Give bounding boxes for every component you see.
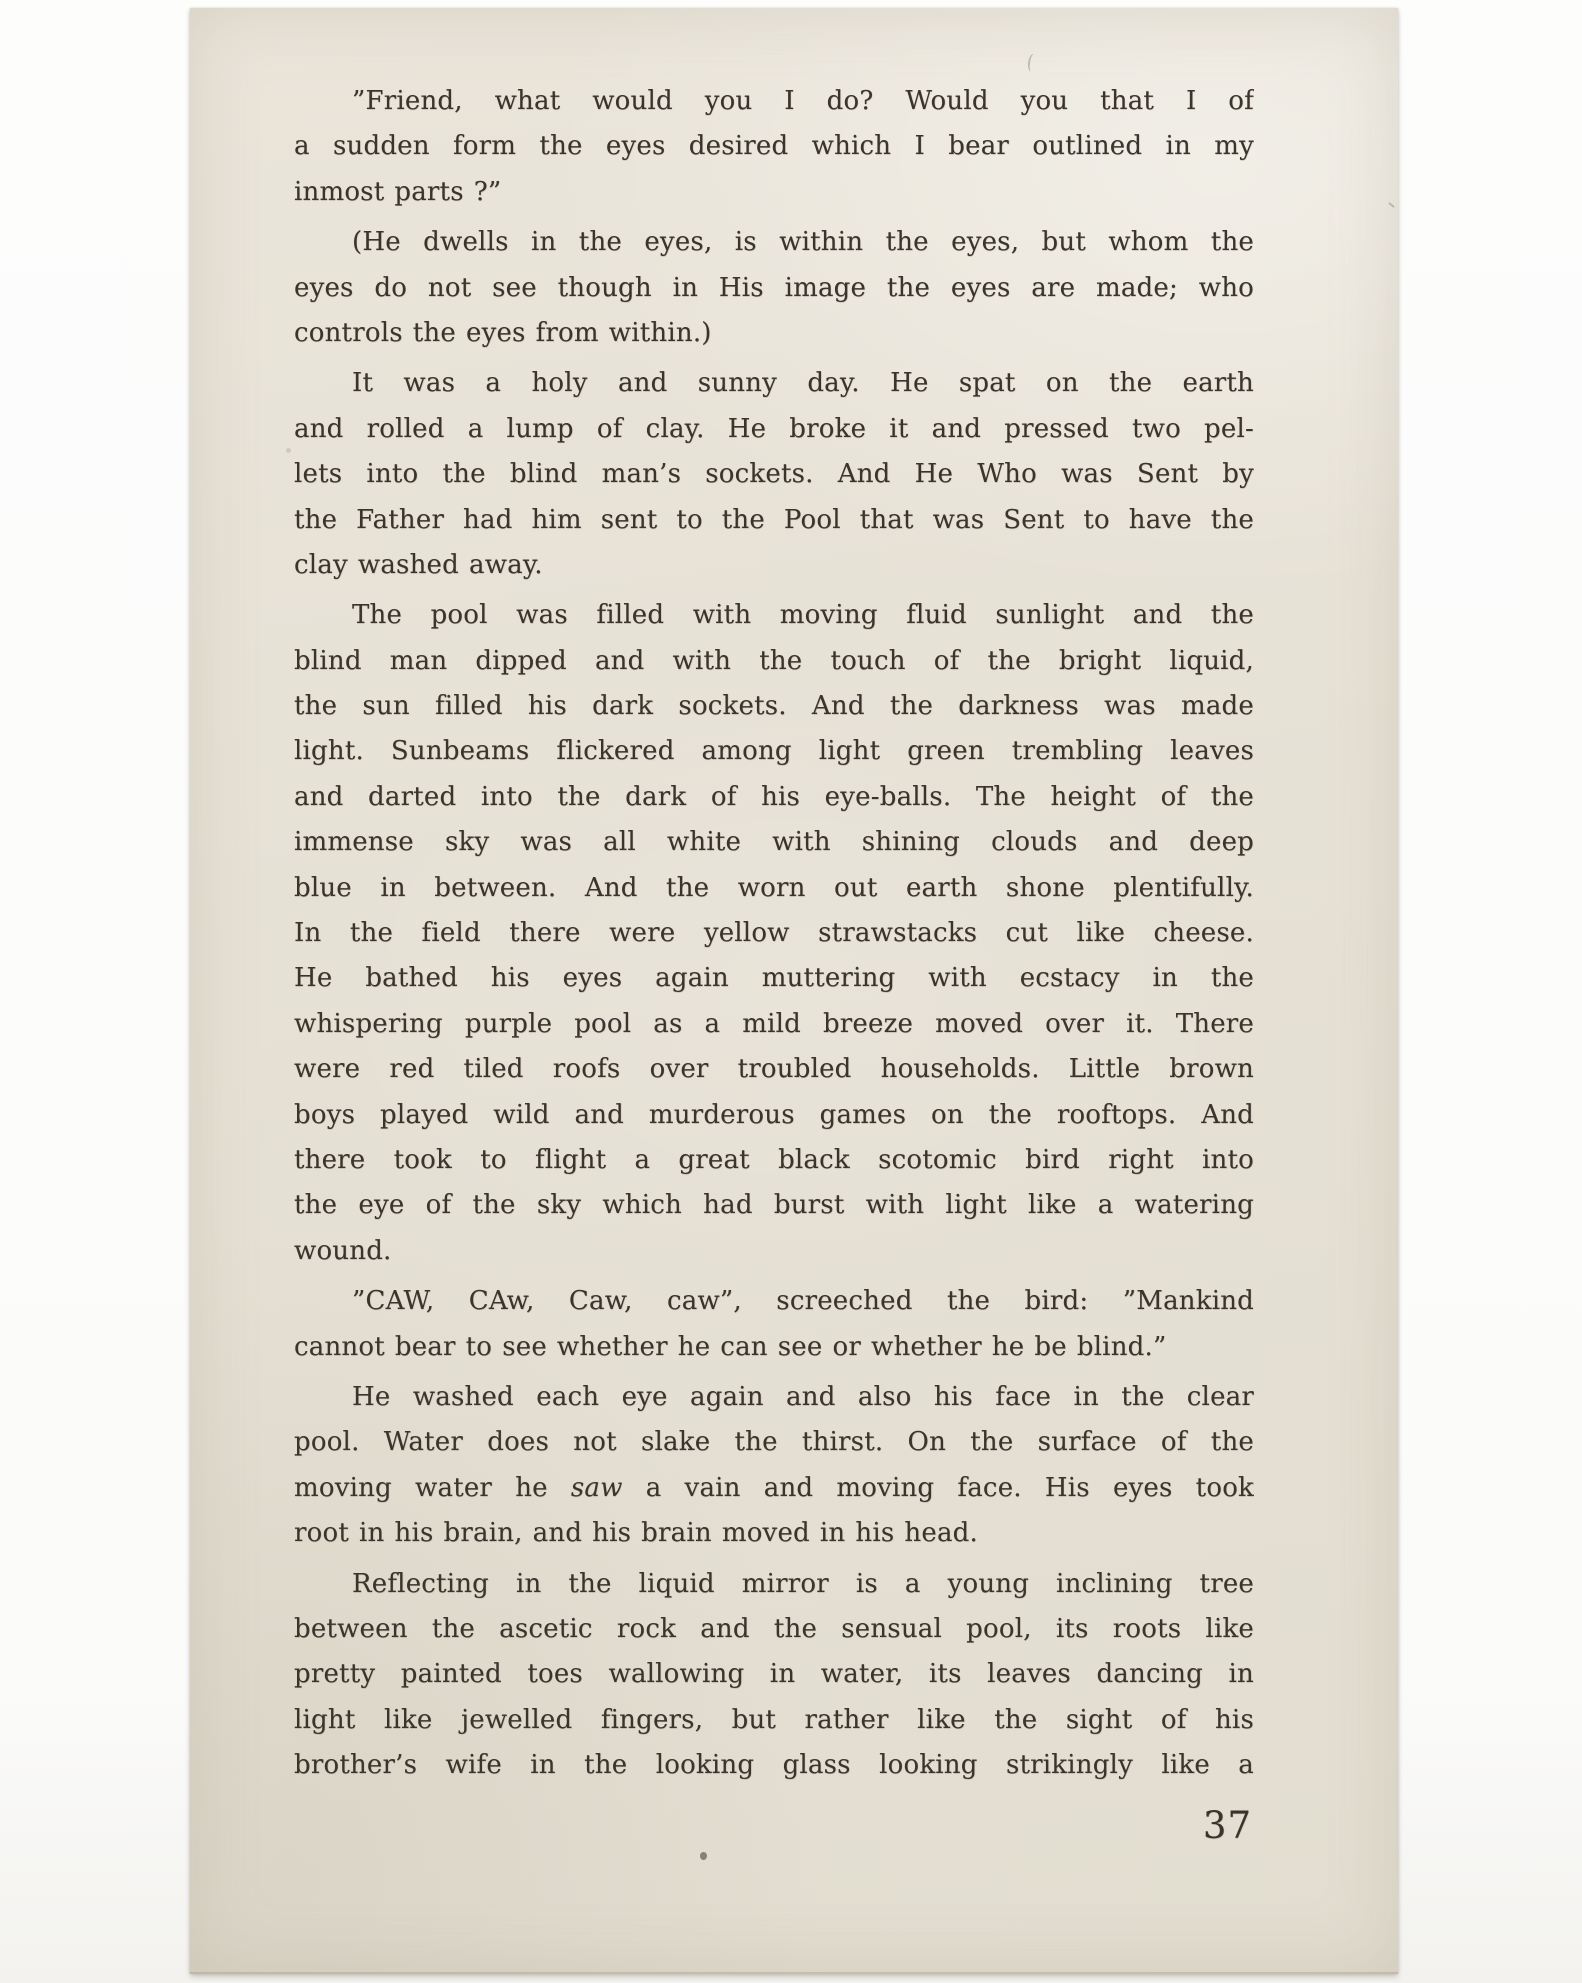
text-line: the Father had him sent to the Pool that… — [294, 498, 1254, 543]
paper-speck — [286, 448, 291, 453]
text-line: controls the eyes from within.) — [294, 311, 1254, 356]
text-line: clay washed away. — [294, 543, 1254, 588]
text-line: there took to flight a great black scoto… — [294, 1138, 1254, 1183]
paragraph: ”CAW, CAw, Caw, caw”, screeched the bird… — [294, 1279, 1254, 1370]
text-line: Reflecting in the liquid mirror is a you… — [294, 1562, 1254, 1607]
text-line: ”CAW, CAw, Caw, caw”, screeched the bird… — [294, 1279, 1254, 1324]
paper-speck — [700, 1852, 707, 1860]
text-line: wound. — [294, 1229, 1254, 1274]
text-line: light. Sunbeams flickered among light gr… — [294, 729, 1254, 774]
text-line: light like jewelled fingers, but rather … — [294, 1698, 1254, 1743]
text-line: boys played wild and murderous games on … — [294, 1093, 1254, 1138]
page-number: 37 — [1203, 1804, 1252, 1847]
book-page: ”Friend, what would you I do? Would you … — [190, 8, 1398, 1974]
text-line: cannot bear to see whether he can see or… — [294, 1325, 1254, 1370]
paragraph: The pool was filled with moving fluid su… — [294, 593, 1254, 1274]
text-line: He washed each eye again and also his fa… — [294, 1375, 1254, 1420]
text-line: the eye of the sky which had burst with … — [294, 1183, 1254, 1228]
text-line: the sun filled his dark sockets. And the… — [294, 684, 1254, 729]
text-line: He bathed his eyes again muttering with … — [294, 956, 1254, 1001]
text-line: blue in between. And the worn out earth … — [294, 866, 1254, 911]
paper-speck — [1027, 53, 1040, 72]
text-line: root in his brain, and his brain moved i… — [294, 1511, 1254, 1556]
text-line: were red tiled roofs over troubled house… — [294, 1047, 1254, 1092]
paragraph: (He dwells in the eyes, is within the ey… — [294, 220, 1254, 356]
text-line: between the ascetic rock and the sensual… — [294, 1607, 1254, 1652]
text-line: pool. Water does not slake the thirst. O… — [294, 1420, 1254, 1465]
text-line: (He dwells in the eyes, is within the ey… — [294, 220, 1254, 265]
text-line: a sudden form the eyes desired which I b… — [294, 124, 1254, 169]
text-line: and darted into the dark of his eye-ball… — [294, 775, 1254, 820]
paragraph: He washed each eye again and also his fa… — [294, 1375, 1254, 1557]
paper-speck — [1388, 202, 1395, 208]
text-line: lets into the blind man’s sockets. And H… — [294, 452, 1254, 497]
text-line: brother’s wife in the looking glass look… — [294, 1743, 1254, 1788]
text-block: ”Friend, what would you I do? Would you … — [294, 79, 1254, 1788]
text-line: blind man dipped and with the touch of t… — [294, 639, 1254, 684]
text-line: moving water he saw a vain and moving fa… — [294, 1466, 1254, 1511]
paragraph: ”Friend, what would you I do? Would you … — [294, 79, 1254, 215]
text-line: ”Friend, what would you I do? Would you … — [294, 79, 1254, 124]
text-line: It was a holy and sunny day. He spat on … — [294, 361, 1254, 406]
paragraph: Reflecting in the liquid mirror is a you… — [294, 1562, 1254, 1789]
text-line: eyes do not see though in His image the … — [294, 266, 1254, 311]
text-line: The pool was filled with moving fluid su… — [294, 593, 1254, 638]
paragraph: It was a holy and sunny day. He spat on … — [294, 361, 1254, 588]
text-line: inmost parts ?” — [294, 170, 1254, 215]
text-line: immense sky was all white with shining c… — [294, 820, 1254, 865]
text-line: In the field there were yellow strawstac… — [294, 911, 1254, 956]
scan-background: ”Friend, what would you I do? Would you … — [0, 0, 1582, 1983]
text-line: whispering purple pool as a mild breeze … — [294, 1002, 1254, 1047]
text-line: pretty painted toes wallowing in water, … — [294, 1652, 1254, 1697]
text-line: and rolled a lump of clay. He broke it a… — [294, 407, 1254, 452]
